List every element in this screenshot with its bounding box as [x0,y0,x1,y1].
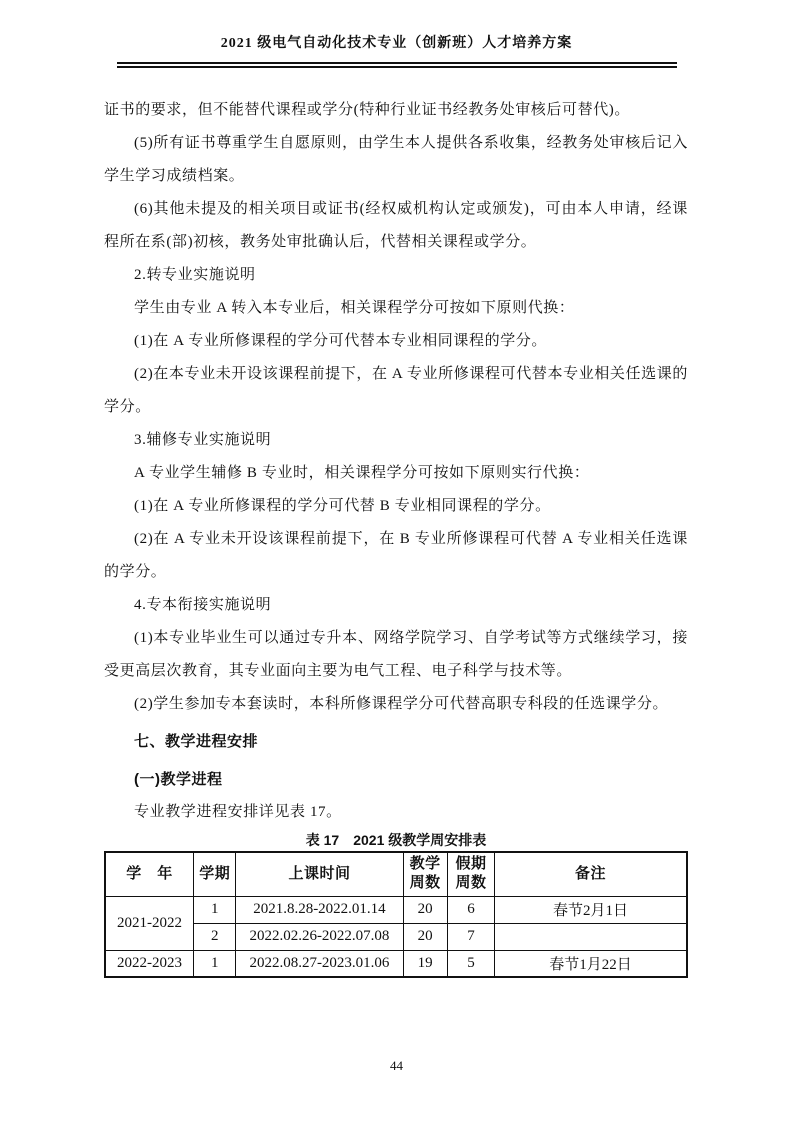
paragraph: (1)本专业毕业生可以通过专升本、网络学院学习、自学考试等方式继续学习，接受更高… [104,622,688,688]
table-caption: 表 17 2021 级教学周安排表 [104,829,688,851]
paragraph: (5)所有证书尊重学生自愿原则，由学生本人提供各系收集，经教务处审核后记入学生学… [104,127,688,193]
table-header-cell-teaching-weeks: 教学周数 [403,852,447,896]
table-cell-class-time: 2022.08.27-2023.01.06 [236,950,403,977]
table-cell-remark [495,923,687,950]
table-row: 2022-2023 1 2022.08.27-2023.01.06 19 5 春… [105,950,687,977]
table-cell-semester: 1 [194,950,236,977]
table-cell-holiday-weeks: 5 [447,950,494,977]
page-number: 44 [0,1058,793,1074]
table-cell-year: 2021-2022 [105,896,194,950]
table-cell-year: 2022-2023 [105,950,194,977]
table-cell-class-time: 2021.8.28-2022.01.14 [236,896,403,923]
subsection-heading: (一)教学进程 [104,763,688,796]
table-header-cell-remark: 备注 [495,852,687,896]
table-intro: 专业教学进程安排详见表 17。 [104,796,688,829]
paragraph: 3.辅修专业实施说明 [104,424,688,457]
table-cell-remark: 春节2月1日 [495,896,687,923]
table-cell-teaching-weeks: 20 [403,923,447,950]
document-header: 2021 级电气自动化技术专业（创新班）人才培养方案 [0,0,793,68]
paragraph: 4.专本衔接实施说明 [104,589,688,622]
table-cell-holiday-weeks: 6 [447,896,494,923]
table-cell-semester: 2 [194,923,236,950]
header-title: 2021 级电气自动化技术专业（创新班）人才培养方案 [0,34,793,54]
paragraph: 证书的要求，但不能替代课程或学分(特种行业证书经教务处审核后可替代)。 [104,94,688,127]
paragraph: (1)在 A 专业所修课程的学分可代替 B 专业相同课程的学分。 [104,490,688,523]
table-header-cell-class-time: 上课时间 [236,852,403,896]
section-heading: 七、教学进程安排 [104,725,688,758]
paragraph: 学生由专业 A 转入本专业后，相关课程学分可按如下原则代换： [104,292,688,325]
table-header-cell-year: 学 年 [105,852,194,896]
content-area: 证书的要求，但不能替代课程或学分(特种行业证书经教务处审核后可替代)。 (5)所… [104,94,688,978]
table-header-row: 学 年 学期 上课时间 教学周数 假期周数 备注 [105,852,687,896]
table-cell-teaching-weeks: 19 [403,950,447,977]
table-row: 2021-2022 1 2021.8.28-2022.01.14 20 6 春节… [105,896,687,923]
table-cell-holiday-weeks: 7 [447,923,494,950]
paragraph: (2)在 A 专业未开设该课程前提下，在 B 专业所修课程可代替 A 专业相关任… [104,523,688,589]
table-header-cell-semester: 学期 [194,852,236,896]
paragraph: A 专业学生辅修 B 专业时，相关课程学分可按如下原则实行代换： [104,457,688,490]
paragraph: (2)学生参加专本套读时，本科所修课程学分可代替高职专科段的任选课学分。 [104,688,688,721]
header-double-rule [117,62,677,68]
document-page: { "header": { "title": "2021 级电气自动化技术专业（… [0,0,793,1122]
table-cell-remark: 春节1月22日 [495,950,687,977]
schedule-table: 学 年 学期 上课时间 教学周数 假期周数 备注 2021-2022 1 202… [104,851,688,978]
paragraph: (2)在本专业未开设该课程前提下，在 A 专业所修课程可代替本专业相关任选课的学… [104,358,688,424]
table-cell-semester: 1 [194,896,236,923]
table-header-cell-holiday-weeks: 假期周数 [447,852,494,896]
paragraph: 2.转专业实施说明 [104,259,688,292]
table-cell-class-time: 2022.02.26-2022.07.08 [236,923,403,950]
table-cell-teaching-weeks: 20 [403,896,447,923]
paragraph: (1)在 A 专业所修课程的学分可代替本专业相同课程的学分。 [104,325,688,358]
paragraph: (6)其他未提及的相关项目或证书(经权威机构认定或颁发)，可由本人申请，经课程所… [104,193,688,259]
